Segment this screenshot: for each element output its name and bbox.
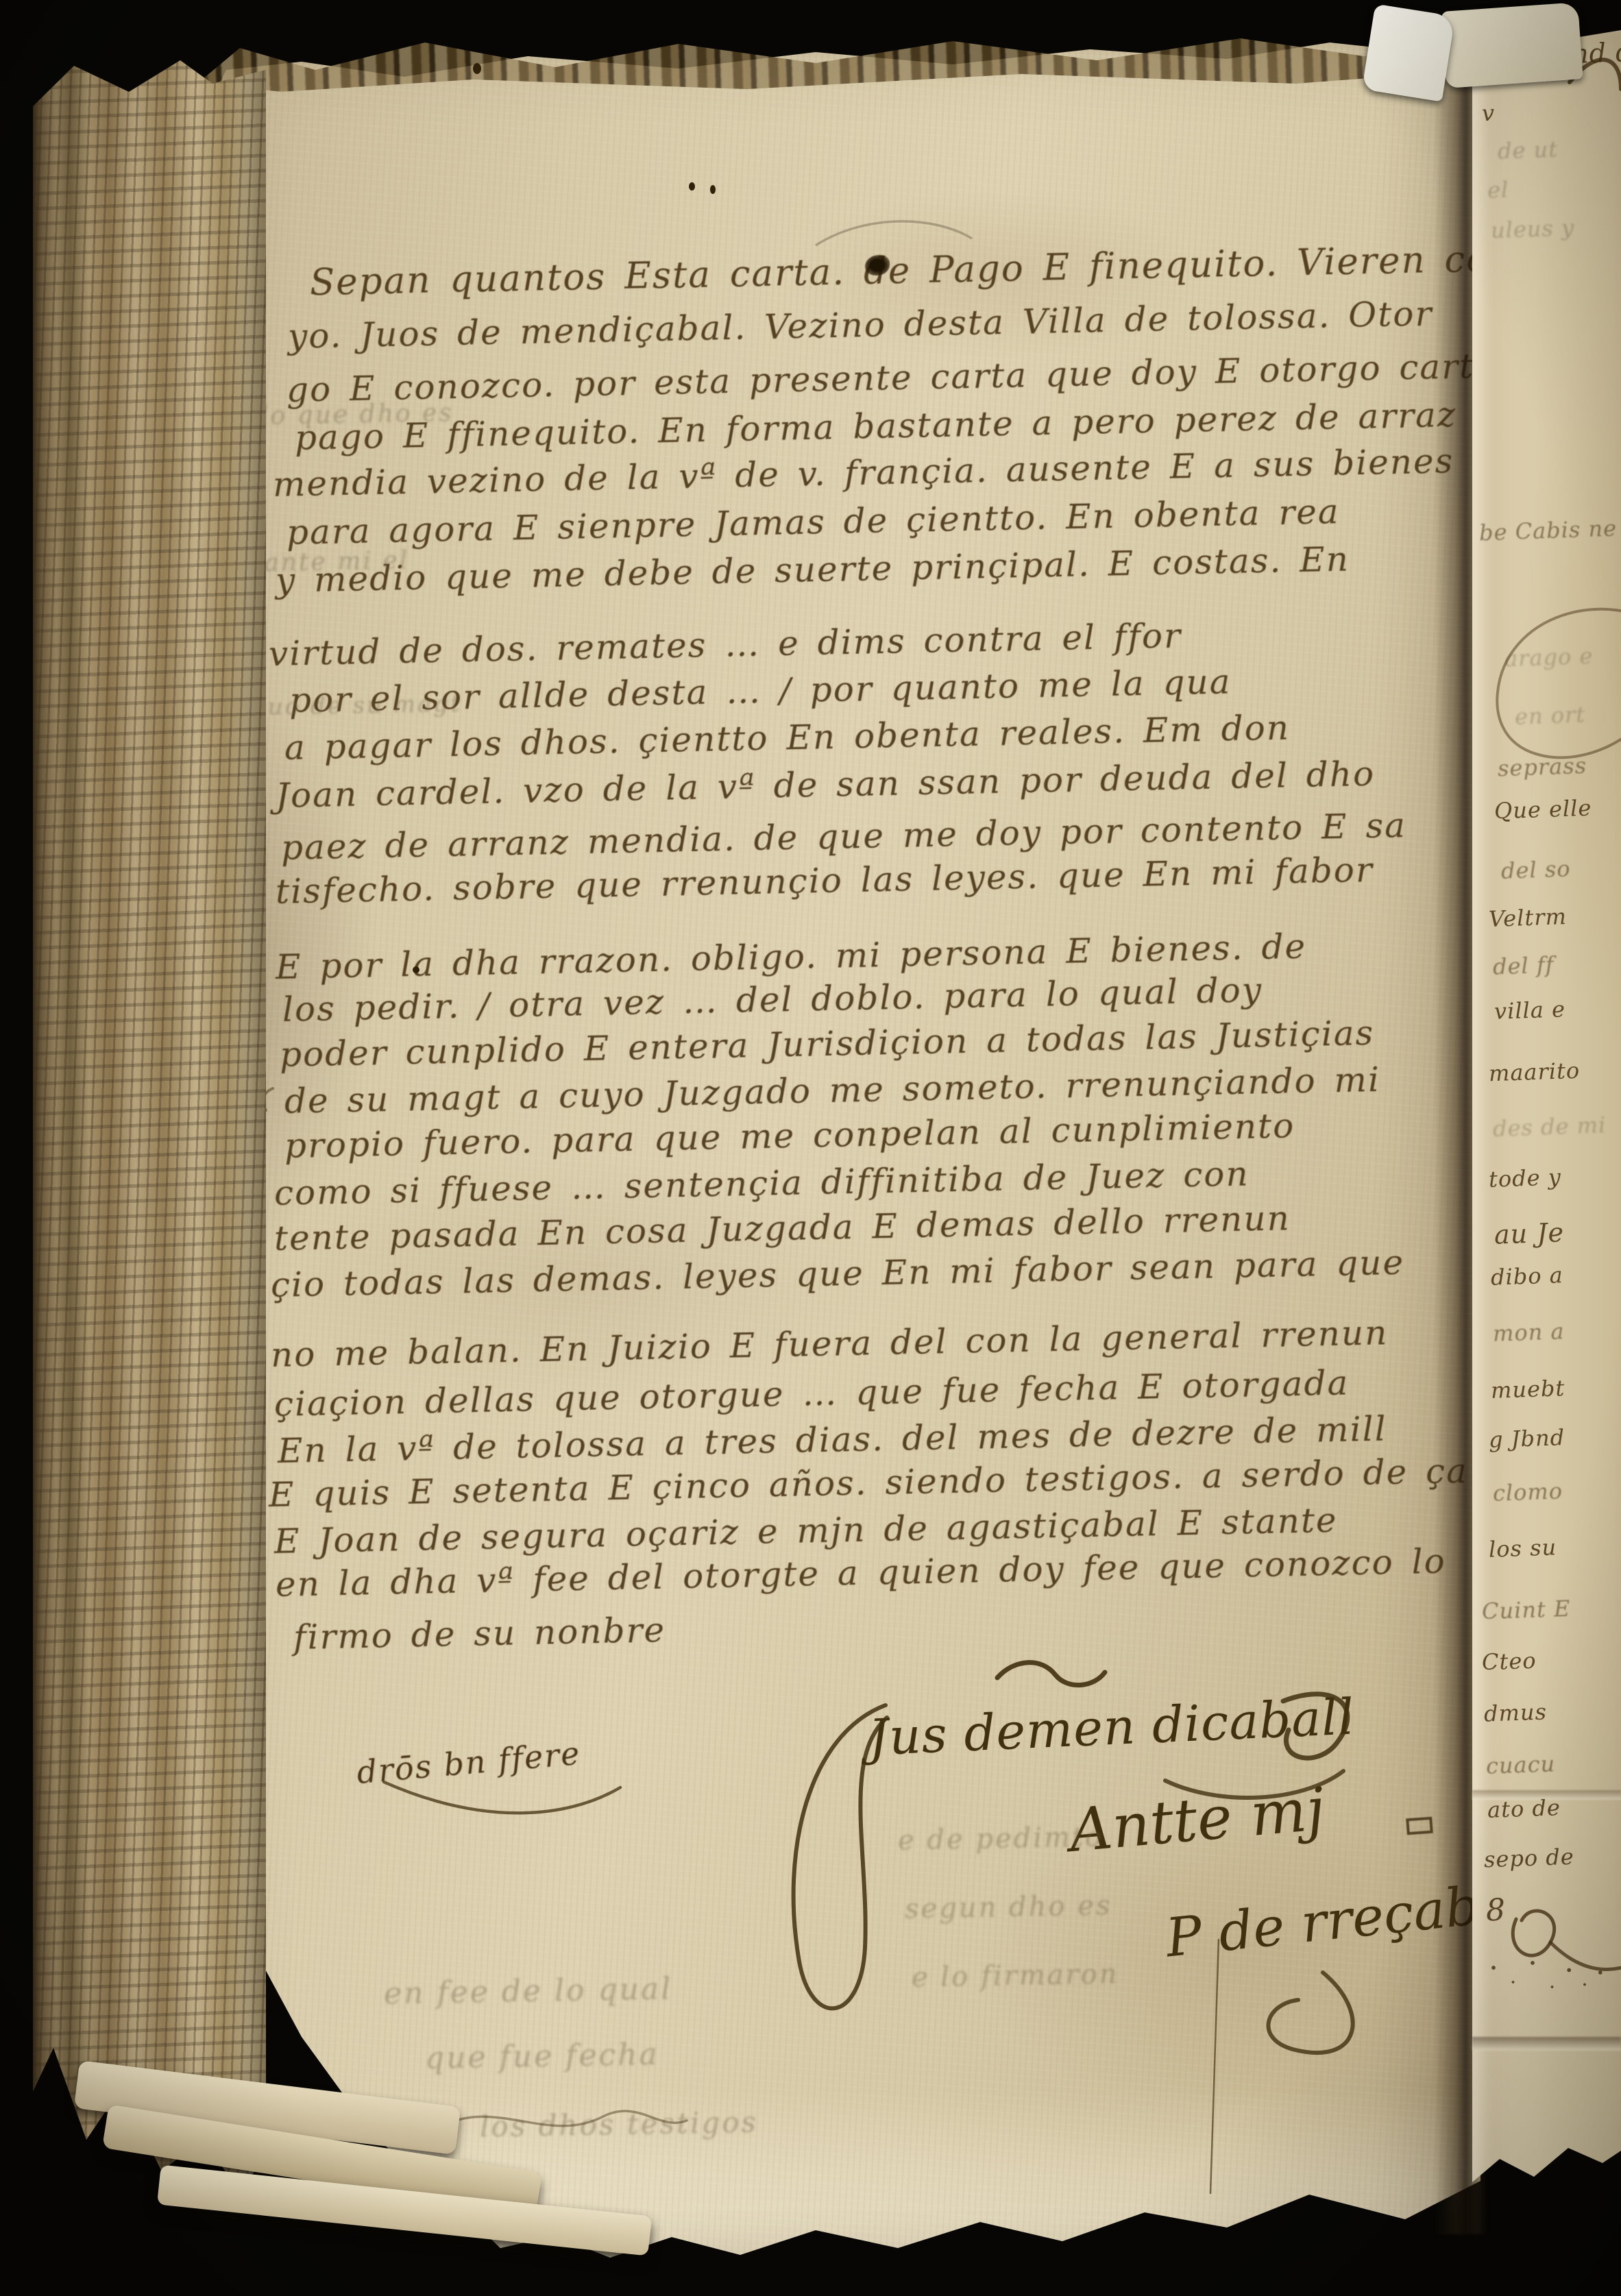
facing-page-fragment: muebt [1490, 1375, 1565, 1404]
facing-page-fragment: maarito [1488, 1058, 1580, 1087]
facing-page-fragment: uleus y [1490, 215, 1574, 243]
ink-dot [689, 182, 695, 191]
showthrough-text: e lo firmaron [912, 1958, 1119, 1993]
facing-page-fragment: el [1487, 176, 1509, 203]
signature-ante-mi: Antte mj [1067, 1775, 1327, 1866]
paper-slip [1441, 2, 1583, 88]
paper-slip [1362, 4, 1455, 102]
facing-page-fragment: del ff [1492, 951, 1555, 979]
showthrough-text: que fue fecha [425, 2037, 660, 2076]
facing-page-fragment: del so [1500, 855, 1571, 884]
showthrough-text: segun dho es [905, 1890, 1112, 1925]
ink-dot [413, 966, 419, 973]
facing-page-fragment: clomo [1492, 1478, 1563, 1506]
facing-page-fragment: des de mi [1492, 1112, 1606, 1142]
showthrough-text: los dhos testigos [480, 2105, 759, 2143]
facing-page-fragment: tode y [1488, 1164, 1561, 1193]
facing-page-fragment: v [1481, 100, 1495, 127]
facing-page-fragment: sepo de [1483, 1844, 1574, 1873]
showthrough-text: en fee de lo qual [384, 1971, 673, 2011]
facing-page-fragment: g Jbnd [1488, 1424, 1565, 1453]
facing-page-fragment: be Cabis ne [1478, 515, 1617, 546]
book-spine-page-edges [33, 41, 266, 2193]
facing-page-fragment: au Je [1494, 1217, 1564, 1250]
facing-page-fold-line [1472, 2037, 1621, 2051]
facing-page-fragment: arago e [1504, 643, 1594, 672]
signature-principal: Jus demen dicaball [868, 1688, 1356, 1767]
facing-page-fragment: mon a [1492, 1318, 1565, 1347]
ink-mark [1406, 1817, 1433, 1835]
facing-page-fragment: Cuint E [1481, 1596, 1571, 1624]
facing-page-fragment: de ut [1497, 136, 1558, 164]
manuscript-line: firmo de su nonbre [293, 1610, 666, 1657]
facing-page-fragment: cuacu [1485, 1750, 1555, 1779]
facing-page-fragment: Que elle [1494, 795, 1592, 825]
ink-dot [473, 63, 481, 74]
facing-page-fragment: dmus [1483, 1698, 1547, 1726]
ink-dot [710, 185, 716, 194]
facing-page-fragment: ato de [1487, 1794, 1561, 1823]
facing-page-fragment: seprass [1497, 753, 1587, 782]
manuscript-line: yo. Juos de mendiçabal. Vezino desta Vil… [287, 293, 1433, 356]
manuscript-photo: Sepan quantos Esta carta. de Pago E fine… [0, 0, 1621, 2296]
margin-fee-note: drōs bn ffere [355, 1735, 582, 1791]
facing-page-fragment: Veltrm [1488, 903, 1567, 932]
facing-page-fragment: en ort [1514, 701, 1585, 730]
manuscript-line: Sepan quantos Esta carta. de Pago E fine… [309, 237, 1548, 304]
facing-page-fragment: dibo a [1490, 1262, 1563, 1291]
facing-page-fragment: villa e [1494, 996, 1565, 1025]
facing-page-fragment: los su [1488, 1534, 1557, 1562]
facing-page-fragment: Cteo [1481, 1648, 1537, 1676]
ink-speckles [1480, 1953, 1611, 2001]
showthrough-text: e de pedimto [898, 1821, 1104, 1856]
facing-page-fragment: 8 [1485, 1893, 1507, 1929]
